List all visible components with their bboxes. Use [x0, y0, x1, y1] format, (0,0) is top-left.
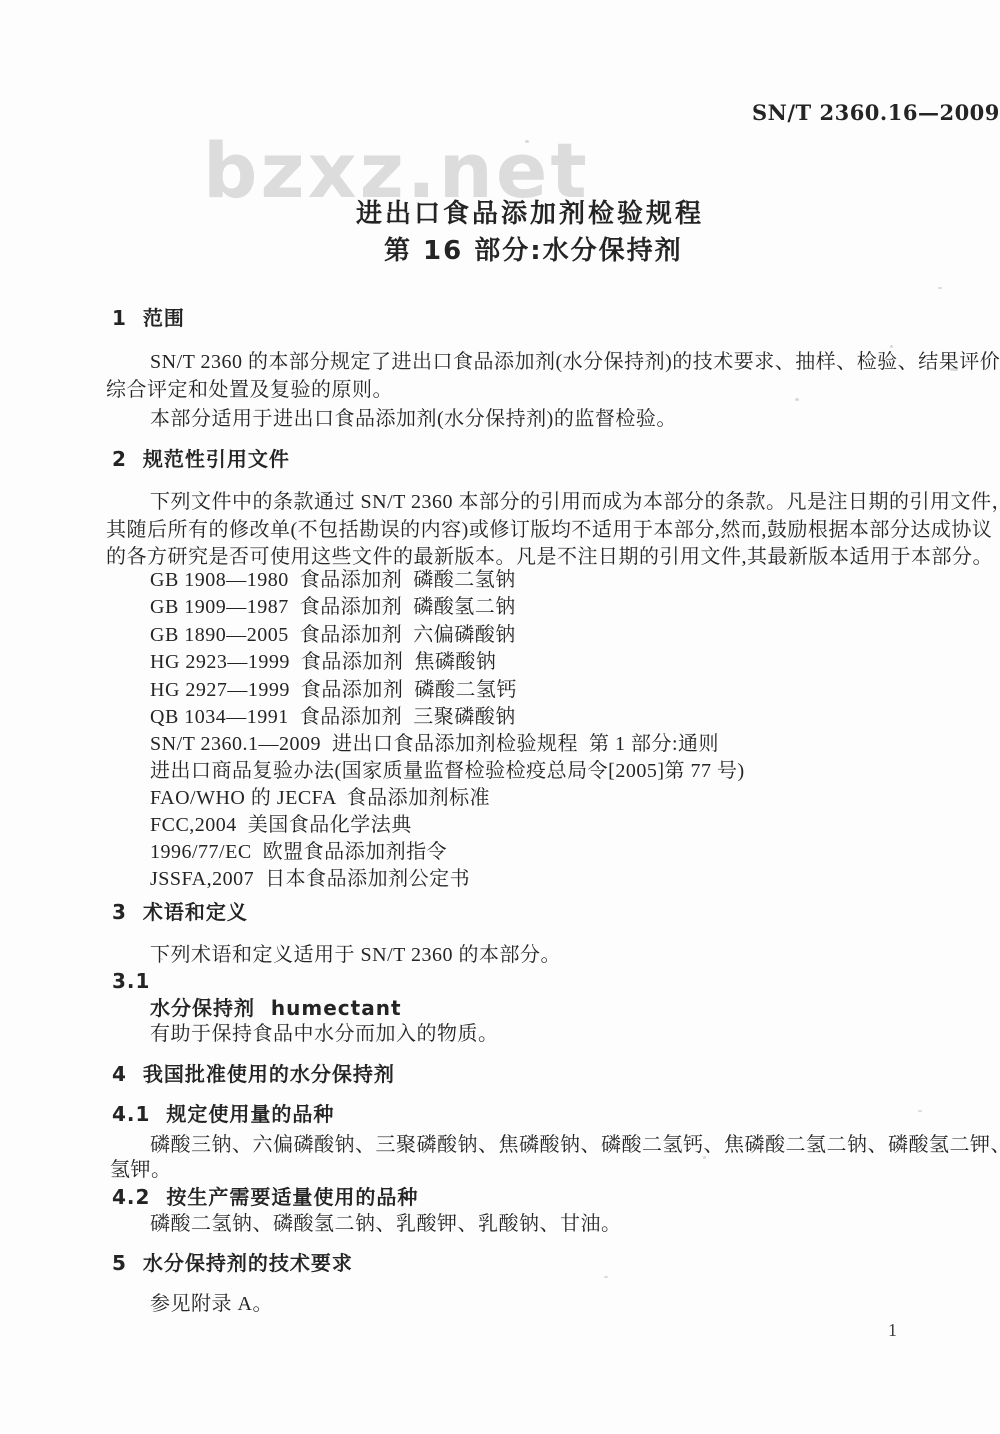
reference-gb-1909: GB 1909—1987 食品添加剂 磷酸氢二钠: [150, 594, 516, 621]
s1-para1-line2: 综合评定和处置及复验的原则。: [106, 377, 393, 404]
s4-1-line2: 氢钾。: [110, 1157, 172, 1184]
s4-1-line1: 磷酸三钠、六偏磷酸钠、三聚磷酸钠、焦磷酸钠、磷酸二氢钙、焦磷酸二氢二钠、磷酸氢二…: [150, 1132, 1000, 1159]
s2-para1-line1: 下列文件中的条款通过 SN/T 2360 本部分的引用而成为本部分的条款。凡是注…: [150, 489, 1000, 516]
scan-speck: [525, 140, 529, 143]
s3-intro-line: 下列术语和定义适用于 SN/T 2360 的本部分。: [150, 942, 561, 969]
page-number: 1: [888, 1320, 897, 1341]
section-4-heading: 4 我国批准使用的水分保持剂: [112, 1061, 395, 1088]
section-3-heading: 3 术语和定义: [112, 899, 248, 926]
document-subtitle: 第 16 部分:水分保持剂: [384, 230, 683, 267]
reference-gb-1890: GB 1890—2005 食品添加剂 六偏磷酸钠: [150, 622, 516, 649]
scan-speck: [938, 287, 942, 289]
scan-speck: [604, 1276, 608, 1278]
reference-fao-who-jecfa: FAO/WHO 的 JECFA 食品添加剂标准: [150, 785, 490, 812]
section-5-heading: 5 水分保持剂的技术要求: [112, 1250, 353, 1277]
reference-hg-2923: HG 2923—1999 食品添加剂 焦磷酸钠: [150, 649, 496, 676]
reference-fuyan-banfa: 进出口商品复验办法(国家质量监督检验检疫总局令[2005]第 77 号): [150, 758, 745, 785]
s1-para2-line1: 本部分适用于进出口食品添加剂(水分保持剂)的监督检验。: [150, 406, 677, 433]
s1-para1-line1: SN/T 2360 的本部分规定了进出口食品添加剂(水分保持剂)的技术要求、抽样…: [150, 349, 1000, 376]
term-definition-line: 有助于保持食品中水分而加入的物质。: [150, 1021, 499, 1048]
reference-hg-2927: HG 2927—1999 食品添加剂 磷酸二氢钙: [150, 677, 517, 704]
scan-speck: [703, 1156, 706, 1159]
document-page: SN/T 2360.16—2009 bzxz.net 进出口食品添加剂检验规程 …: [0, 0, 1000, 1434]
standard-code-header: SN/T 2360.16—2009: [752, 100, 1000, 125]
reference-snt-2360-1: SN/T 2360.1—2009 进出口食品添加剂检验规程 第 1 部分:通则: [150, 731, 719, 758]
clause-3-1-number: 3.1: [112, 968, 150, 995]
scan-speck: [283, 416, 286, 419]
reference-jssfa-2007: JSSFA,2007 日本食品添加剂公定书: [150, 866, 470, 893]
document-title: 进出口食品添加剂检验规程: [356, 193, 704, 230]
clause-4-1-heading: 4.1 规定使用量的品种: [112, 1101, 334, 1128]
s2-para1-line2: 其随后所有的修改单(不包括勘误的内容)或修订版均不适用于本部分,然而,鼓励根据本…: [106, 517, 992, 544]
term-title-line: 水分保持剂 humectant: [150, 995, 402, 1022]
scan-speck: [918, 1110, 922, 1112]
s4-2-line1: 磷酸二氢钠、磷酸氢二钠、乳酸钾、乳酸钠、甘油。: [150, 1211, 622, 1238]
reference-qb-1034: QB 1034—1991 食品添加剂 三聚磷酸钠: [150, 704, 516, 731]
scan-speck: [795, 398, 799, 401]
reference-1996-77-ec: 1996/77/EC 欧盟食品添加剂指令: [150, 839, 447, 866]
reference-fcc-2004: FCC,2004 美国食品化学法典: [150, 812, 412, 839]
clause-4-2-heading: 4.2 按生产需要适量使用的品种: [112, 1184, 418, 1211]
scan-speck: [890, 345, 893, 348]
scan-speck: [160, 958, 163, 960]
s5-line1: 参见附录 A。: [150, 1291, 273, 1318]
section-1-heading: 1 范围: [112, 305, 185, 332]
section-2-heading: 2 规范性引用文件: [112, 446, 290, 473]
reference-gb-1908: GB 1908—1980 食品添加剂 磷酸二氢钠: [150, 567, 516, 594]
scan-speck: [950, 368, 958, 371]
